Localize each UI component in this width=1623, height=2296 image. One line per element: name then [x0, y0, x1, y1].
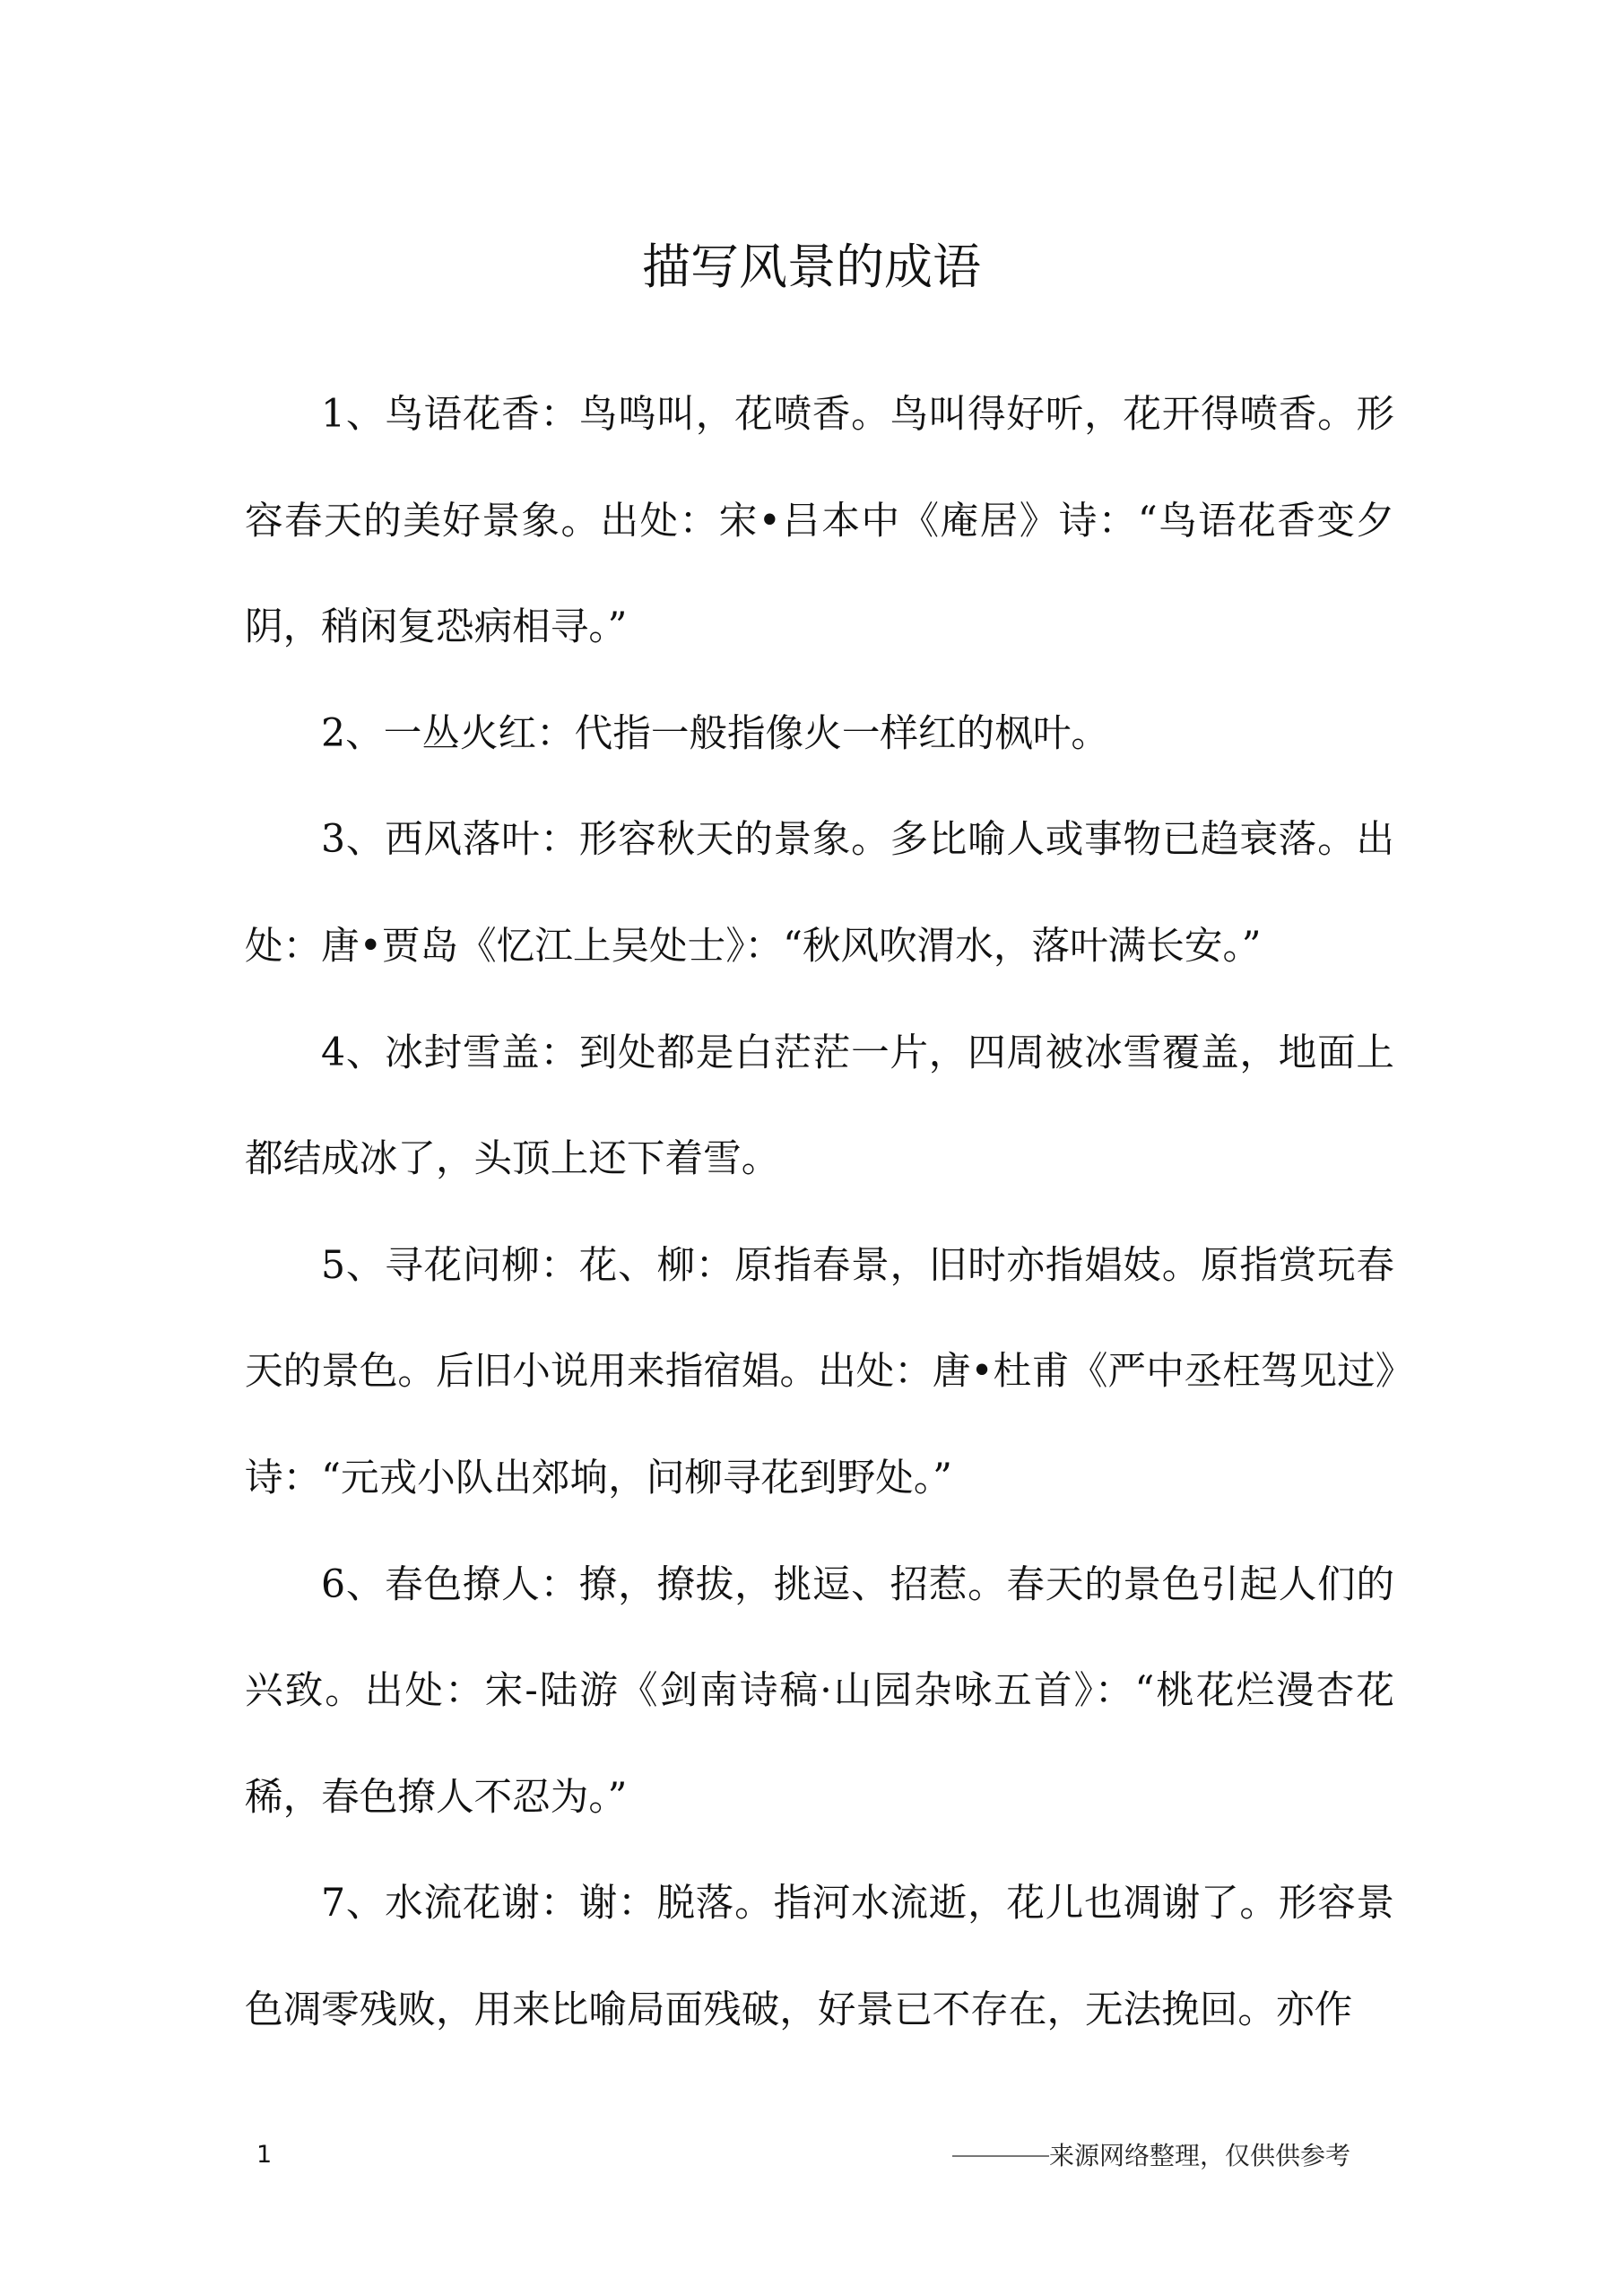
document-title: 描写风景的成语 [0, 240, 1623, 294]
document-page: 描写风景的成语 1、鸟语花香：鸟鸣叫，花喷香。鸟叫得好听，花开得喷香。形容春天的… [0, 0, 1623, 2296]
document-body: 1、鸟语花香：鸟鸣叫，花喷香。鸟叫得好听，花开得喷香。形容春天的美好景象。出处：… [245, 361, 1394, 2064]
idiom-paragraph-2: 2、一丛火红：代指一般指像火一样红的枫叶。 [245, 681, 1394, 787]
footer-source-note: 来源网络整理，仅供供参考 [952, 2142, 1350, 2170]
idiom-paragraph-6: 6、春色撩人：撩，撩拔，挑逗、招惹。春天的景色引起人们的兴致。出处：宋-陆游《剑… [245, 1532, 1394, 1851]
idiom-paragraph-4: 4、冰封雪盖：到处都是白茫茫一片，四周被冰雪覆盖，地面上都结成冰了，头顶上还下着… [245, 1000, 1394, 1213]
idiom-paragraph-5: 5、寻花问柳：花、柳：原指春景，旧时亦指娼妓。原指赏玩春天的景色。后旧小说用来指… [245, 1213, 1394, 1532]
footer-source-text: 来源网络整理，仅供供参考 [1049, 2142, 1350, 2170]
em-dash-rule [952, 2155, 1049, 2157]
page-number: 1 [256, 2141, 272, 2170]
idiom-paragraph-7: 7、水流花谢：谢：脱落。指河水流逝，花儿也凋谢了。形容景色凋零残败，用来比喻局面… [245, 1850, 1394, 2063]
idiom-paragraph-1: 1、鸟语花香：鸟鸣叫，花喷香。鸟叫得好听，花开得喷香。形容春天的美好景象。出处：… [245, 361, 1394, 681]
idiom-paragraph-3: 3、西风落叶：形容秋天的景象。多比喻人或事物已趋衰落。出处：唐•贾岛《忆江上吴处… [245, 787, 1394, 999]
